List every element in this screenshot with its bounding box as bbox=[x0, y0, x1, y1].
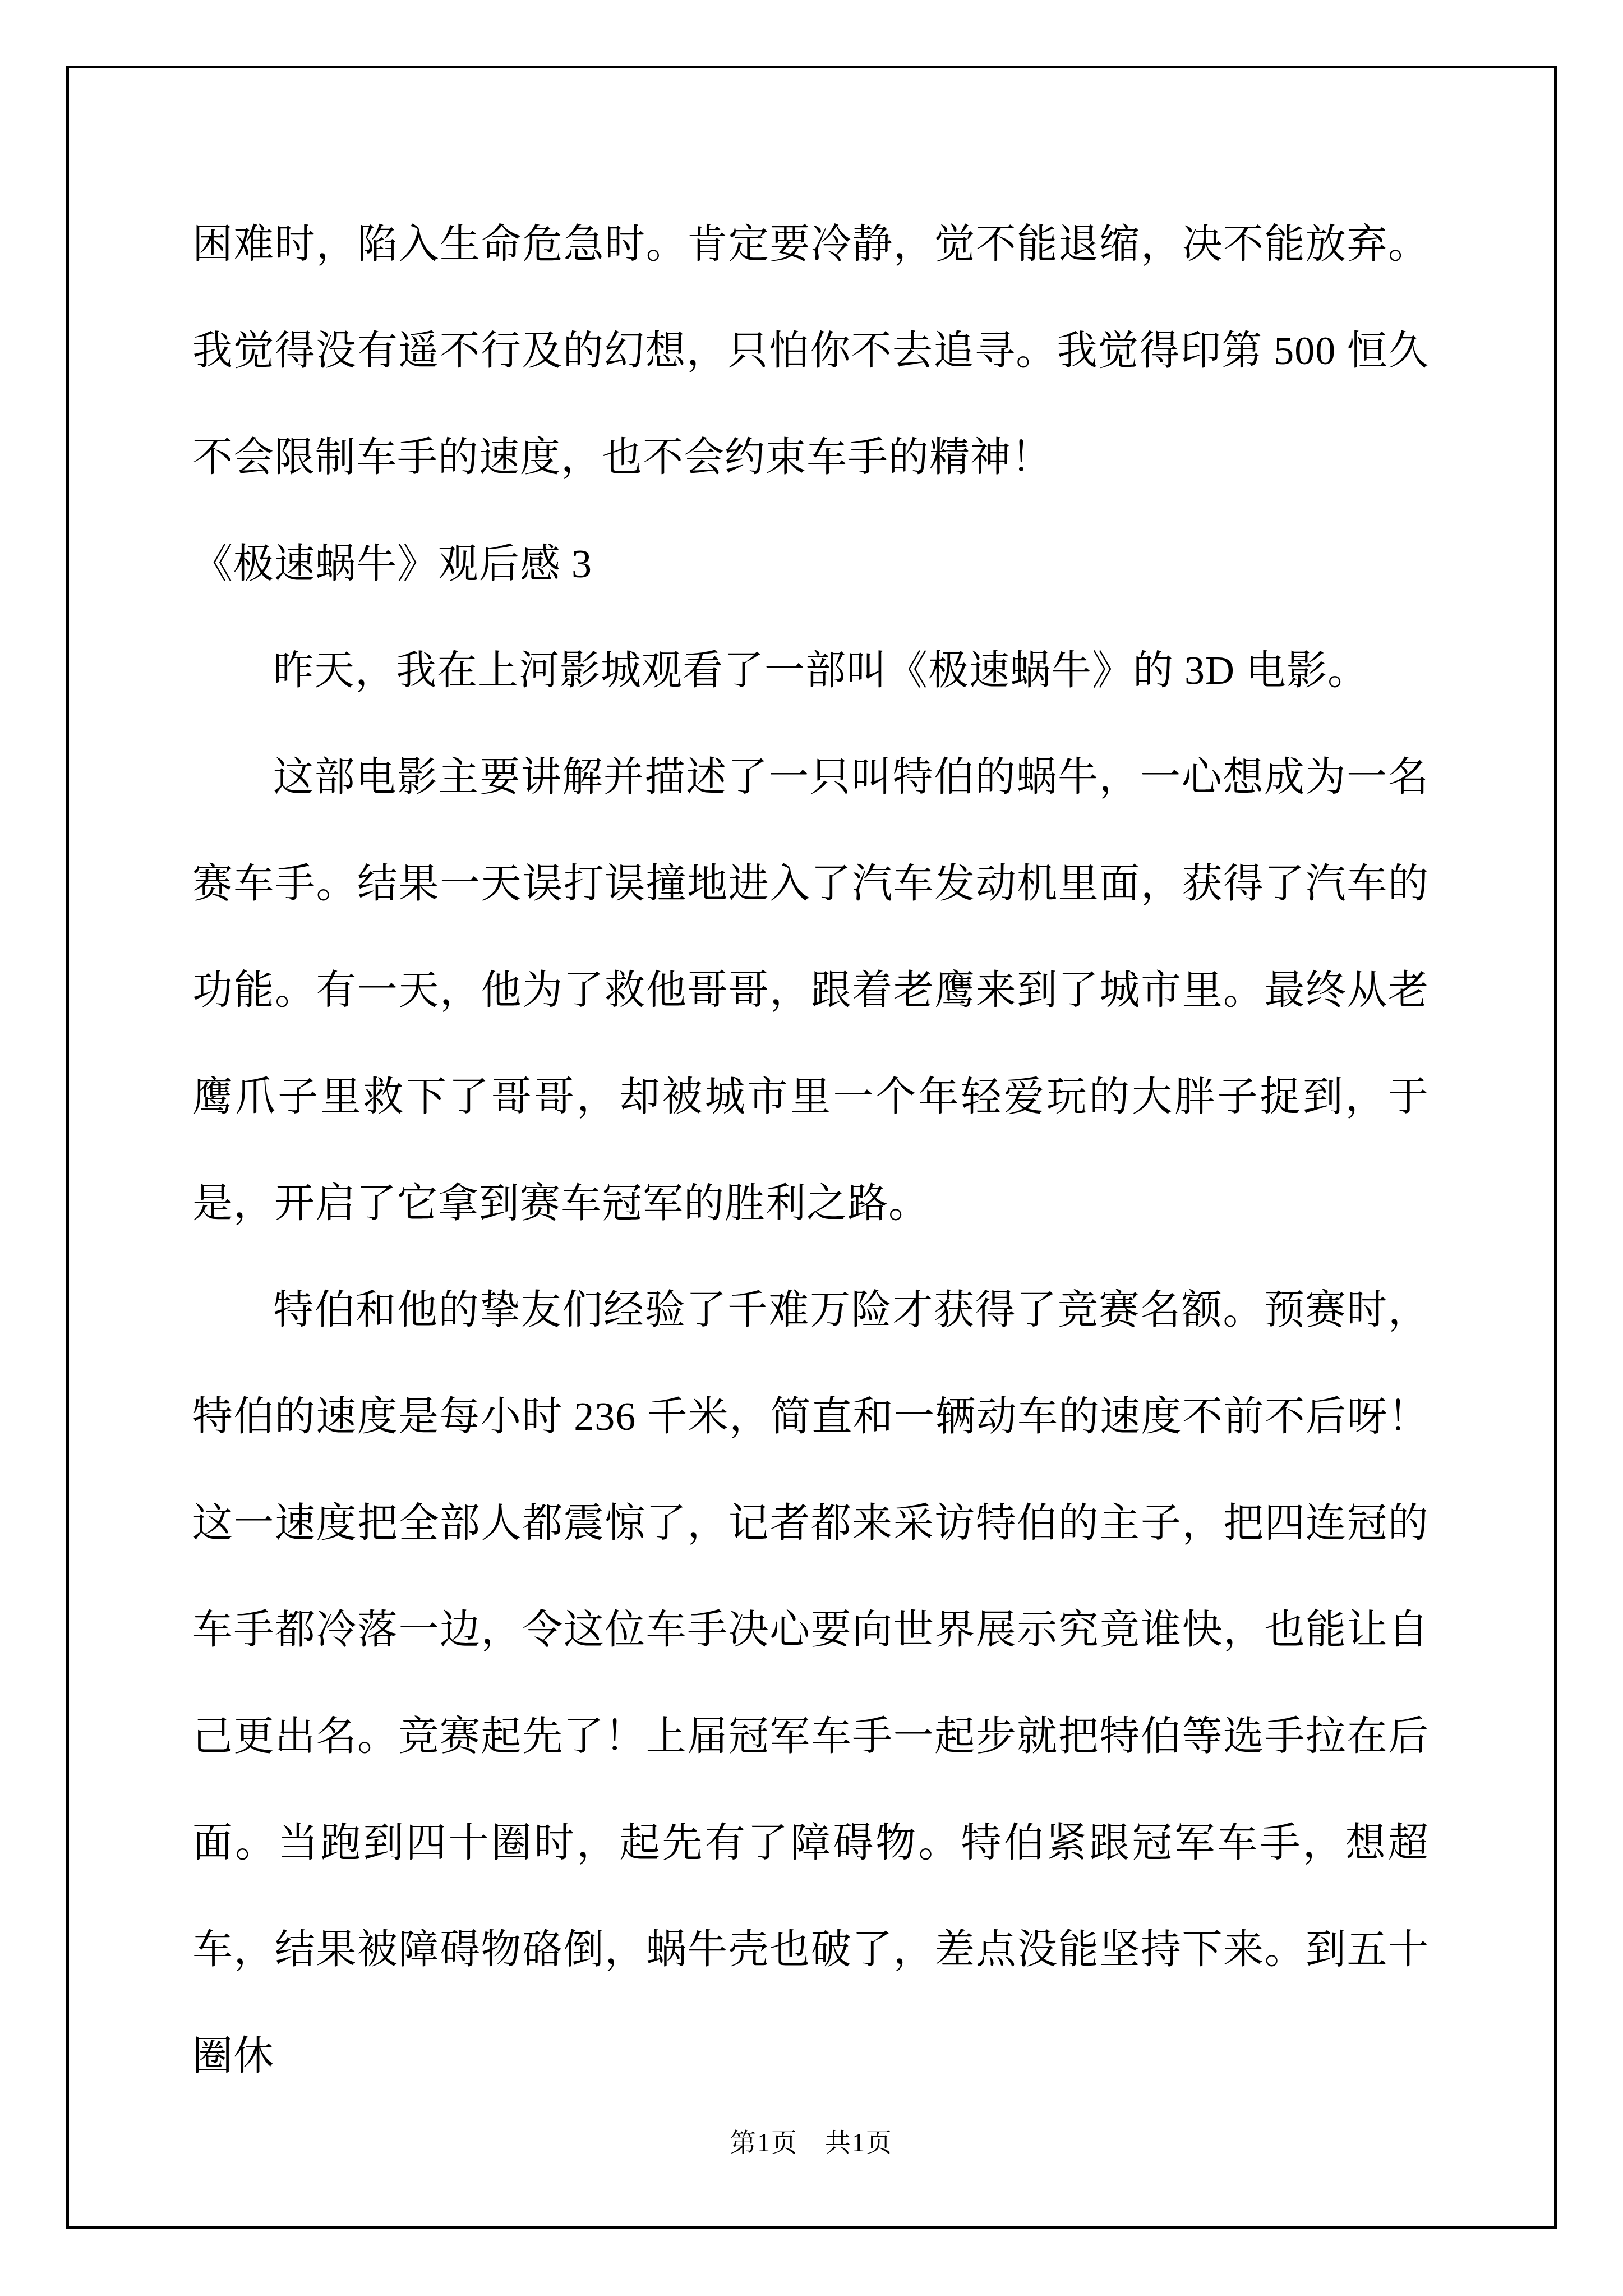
section-heading: 《极速蜗牛》观后感 3 bbox=[192, 510, 1429, 617]
paragraph: 特伯和他的挚友们经验了千难万险才获得了竞赛名额。预赛时，特伯的速度是每小时 23… bbox=[192, 1257, 1429, 2109]
paragraph: 昨天，我在上河影城观看了一部叫《极速蜗牛》的 3D 电影。 bbox=[192, 617, 1429, 724]
document-body: 困难时，陷入生命危急时。肯定要冷静，觉不能退缩，决不能放弃。我觉得没有遥不行及的… bbox=[192, 191, 1429, 2109]
document-page: { "page": { "background_color": "#ffffff… bbox=[0, 0, 1623, 2296]
page-footer: 第1页 共1页 bbox=[66, 2126, 1557, 2160]
paragraph: 这部电影主要讲解并描述了一只叫特伯的蜗牛，一心想成为一名赛车手。结果一天误打误撞… bbox=[192, 724, 1429, 1257]
paragraph-continuation: 困难时，陷入生命危急时。肯定要冷静，觉不能退缩，决不能放弃。我觉得没有遥不行及的… bbox=[192, 191, 1429, 510]
